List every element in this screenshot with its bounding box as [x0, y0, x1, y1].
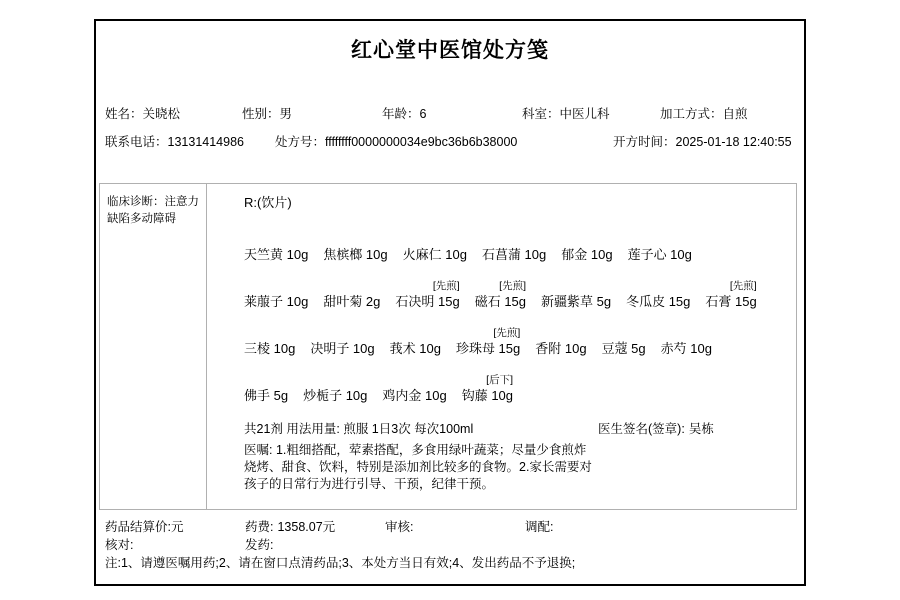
herb-entry: 豆蔻 5g [602, 326, 646, 358]
herb-name-weight: 豆蔻 5g [602, 340, 646, 358]
rx-header: R:(饮片) [244, 194, 786, 211]
herb-decoction-note [310, 326, 374, 340]
herb-decoction-note [661, 326, 712, 340]
herb-entry: 石菖蒲 10g [482, 232, 546, 264]
patient-name-value: 关晓松 [143, 107, 181, 121]
patient-gender-value: 男 [280, 107, 293, 121]
herb-entry: [后下]钩藤 10g [462, 373, 513, 405]
prescription-sheet: 红心堂中医馆处方笺 姓名：关晓松 性别：男 年龄：6 科室：中医儿科 加工方式：… [94, 19, 806, 586]
rx-time-value: 2025-01-18 12:40:55 [676, 135, 792, 149]
rx-content: R:(饮片) 天竺黄 10g 焦槟榔 10g 火麻仁 10g 石菖蒲 10g 郁… [207, 184, 796, 509]
clinical-diagnosis: 临床诊断：注意力缺陷多动障碍 [100, 184, 207, 509]
dispense-field: 调配: [525, 517, 553, 535]
herb-entry: 莱菔子 10g [244, 279, 308, 311]
herb-name-weight: 石决明 15g [395, 293, 459, 311]
herb-name-weight: 莱菔子 10g [244, 293, 308, 311]
herb-entry: [先煎]石决明 15g [395, 279, 459, 311]
drug-fee-field: 药费:1358.07元 [245, 517, 335, 535]
doctor-signature-name: 吴栋 [689, 422, 714, 436]
herb-decoction-note [390, 326, 441, 340]
herb-row: 三棱 10g 决明子 10g 莪术 10g[先煎]珍珠母 15g 香附 10g … [244, 326, 786, 358]
herb-name-weight: 珍珠母 15g [456, 340, 520, 358]
review-field: 审核: [385, 517, 413, 535]
herb-decoction-note [382, 373, 446, 387]
herb-entry: [先煎]石膏 15g [705, 279, 756, 311]
herb-name-weight: 郁金 10g [561, 246, 612, 264]
department-field: 科室：中医儿科 [522, 104, 610, 122]
herb-entry: 佛手 5g [244, 373, 288, 405]
department-value: 中医儿科 [560, 107, 610, 121]
herb-decoction-note: [先煎] [395, 279, 459, 293]
herb-name-weight: 决明子 10g [310, 340, 374, 358]
processing-method-value: 自煎 [723, 107, 748, 121]
herb-name-weight: 磁石 15g [475, 293, 526, 311]
drug-fee-label: 药费: [245, 520, 273, 534]
herb-decoction-note [244, 373, 288, 387]
processing-method-label: 加工方式： [660, 107, 723, 121]
herb-row: 天竺黄 10g 焦槟榔 10g 火麻仁 10g 石菖蒲 10g 郁金 10g 莲… [244, 232, 786, 264]
herb-decoction-note [482, 232, 546, 246]
herb-name-weight: 石菖蒲 10g [482, 246, 546, 264]
phone-label: 联系电话： [105, 135, 168, 149]
herb-decoction-note: [后下] [462, 373, 513, 387]
patient-age-label: 年龄： [382, 107, 420, 121]
herb-entry: 莪术 10g [390, 326, 441, 358]
doctor-signature-field: 医生签名(签章):吴栋 [598, 420, 714, 438]
herb-entry: 香附 10g [535, 326, 586, 358]
herb-decoction-note [535, 326, 586, 340]
herb-name-weight: 佛手 5g [244, 387, 288, 405]
herb-name-weight: 天竺黄 10g [244, 246, 308, 264]
processing-method-field: 加工方式：自煎 [660, 104, 748, 122]
check-field: 核对: [105, 535, 133, 553]
herb-decoction-note [244, 279, 308, 293]
patient-gender-field: 性别：男 [242, 104, 292, 122]
herb-name-weight: 火麻仁 10g [403, 246, 467, 264]
herb-decoction-note [323, 279, 380, 293]
patient-gender-label: 性别： [242, 107, 280, 121]
herb-decoction-note [244, 326, 295, 340]
herb-name-weight: 炒栀子 10g [303, 387, 367, 405]
herb-name-weight: 香附 10g [535, 340, 586, 358]
patient-age-value: 6 [420, 107, 427, 121]
patient-name-field: 姓名：关晓松 [105, 104, 180, 122]
herb-name-weight: 石膏 15g [705, 293, 756, 311]
herb-entry: 决明子 10g [310, 326, 374, 358]
herb-decoction-note: [先煎] [456, 326, 520, 340]
drug-fee-value: 1358.07元 [277, 520, 335, 534]
herb-decoction-note: [先煎] [475, 279, 526, 293]
herb-decoction-note [561, 232, 612, 246]
herb-entry: 天竺黄 10g [244, 232, 308, 264]
herb-name-weight: 钩藤 10g [462, 387, 513, 405]
herb-decoction-note [303, 373, 367, 387]
herb-entry: 火麻仁 10g [403, 232, 467, 264]
page-title: 红心堂中医馆处方笺 [96, 34, 804, 64]
phone-value: 13131414986 [168, 135, 244, 149]
patient-name-label: 姓名： [105, 107, 143, 121]
herb-entry: 炒栀子 10g [303, 373, 367, 405]
herb-entry: 郁金 10g [561, 232, 612, 264]
herb-name-weight: 鸡内金 10g [382, 387, 446, 405]
doctor-signature-label: 医生签名(签章): [598, 422, 685, 436]
settle-price-value: 元 [171, 520, 184, 534]
herb-entry: 鸡内金 10g [382, 373, 446, 405]
herb-name-weight: 三棱 10g [244, 340, 295, 358]
rx-time-label: 开方时间： [613, 135, 676, 149]
prescription-body-box: 临床诊断：注意力缺陷多动障碍 R:(饮片) 天竺黄 10g 焦槟榔 10g 火麻… [99, 183, 797, 510]
rx-number-field: 处方号：ffffffff0000000034e9bc36b6b38000 [275, 132, 517, 150]
herb-decoction-note [628, 232, 692, 246]
dosage-line: 共21剂 用法用量: 煎服 1日3次 每次100ml 医生签名(签章):吴栋 [244, 420, 786, 438]
settle-price-field: 药品结算价:元 [105, 517, 184, 535]
herb-row: 莱菔子 10g 甜叶菊 2g[先煎]石决明 15g[先煎]磁石 15g 新疆紫草… [244, 279, 786, 311]
herb-decoction-note: [先煎] [705, 279, 756, 293]
diagnosis-label: 临床诊断： [107, 196, 165, 208]
herb-name-weight: 甜叶菊 2g [323, 293, 380, 311]
herb-decoction-note [626, 279, 690, 293]
phone-field: 联系电话：13131414986 [105, 132, 244, 150]
herb-list: 天竺黄 10g 焦槟榔 10g 火麻仁 10g 石菖蒲 10g 郁金 10g 莲… [244, 232, 786, 405]
herb-entry: 新疆紫草 5g [541, 279, 611, 311]
herb-entry: 赤芍 10g [661, 326, 712, 358]
herb-entry: 莲子心 10g [628, 232, 692, 264]
patient-age-field: 年龄：6 [382, 104, 426, 122]
settle-price-label: 药品结算价: [105, 520, 171, 534]
herb-decoction-note [541, 279, 611, 293]
herb-entry: 冬瓜皮 15g [626, 279, 690, 311]
herb-entry: [先煎]磁石 15g [475, 279, 526, 311]
issue-field: 发药: [245, 535, 273, 553]
herb-entry: 甜叶菊 2g [323, 279, 380, 311]
herb-name-weight: 莪术 10g [390, 340, 441, 358]
rx-number-value: ffffffff0000000034e9bc36b6b38000 [325, 135, 517, 149]
department-label: 科室： [522, 107, 560, 121]
herb-entry: 焦槟榔 10g [323, 232, 387, 264]
herb-decoction-note [602, 326, 646, 340]
herb-decoction-note [323, 232, 387, 246]
herb-name-weight: 赤芍 10g [661, 340, 712, 358]
herb-name-weight: 新疆紫草 5g [541, 293, 611, 311]
herb-name-weight: 冬瓜皮 15g [626, 293, 690, 311]
medical-advice: 医嘱: 1.粗细搭配，荤素搭配，多食用绿叶蔬菜；尽量少食煎炸烧烤、甜食、饮料，特… [244, 442, 596, 493]
rx-number-label: 处方号： [275, 135, 325, 149]
herb-name-weight: 莲子心 10g [628, 246, 692, 264]
herb-decoction-note [244, 232, 308, 246]
herb-entry: [先煎]珍珠母 15g [456, 326, 520, 358]
dosage-text: 共21剂 用法用量: 煎服 1日3次 每次100ml [244, 422, 473, 436]
herb-row: 佛手 5g 炒栀子 10g 鸡内金 10g[后下]钩藤 10g [244, 373, 786, 405]
herb-entry: 三棱 10g [244, 326, 295, 358]
footer-note: 注:1、请遵医嘱用药;2、请在窗口点清药品;3、本处方当日有效;4、发出药品不予… [105, 553, 575, 571]
herb-name-weight: 焦槟榔 10g [323, 246, 387, 264]
rx-time-field: 开方时间：2025-01-18 12:40:55 [613, 132, 792, 150]
herb-decoction-note [403, 232, 467, 246]
